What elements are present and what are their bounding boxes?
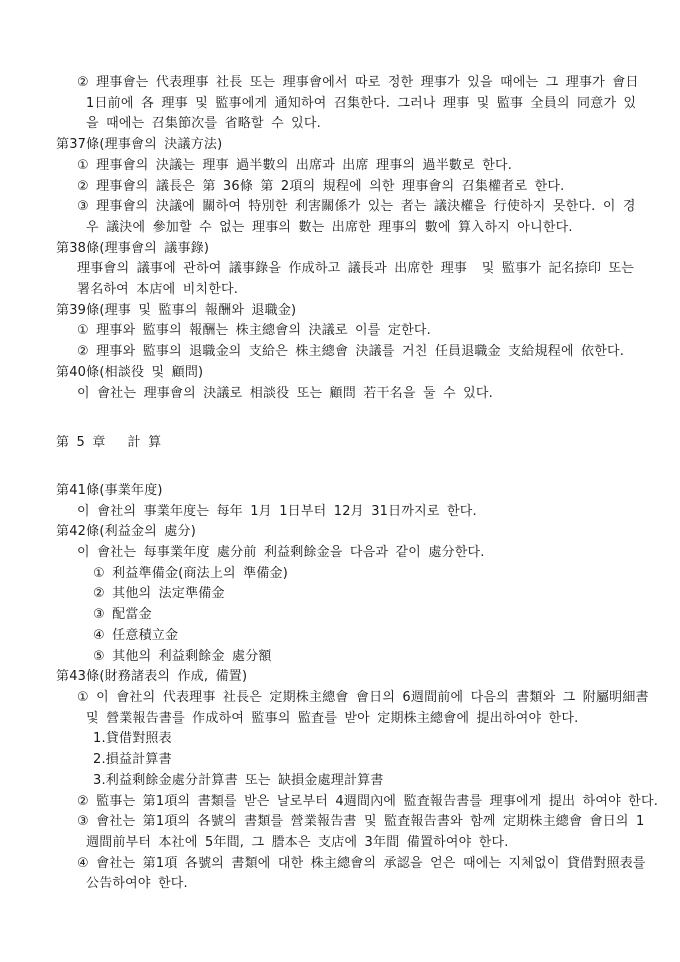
document-line: 을 때에는 召集節次를 省略할 수 있다. bbox=[56, 114, 646, 135]
document-line: 理事會의 議事에 관하여 議事錄을 作成하고 議長과 出席한 理事 및 監事가 … bbox=[56, 259, 646, 280]
document-line: ③ 會社는 第1項의 各號의 書類를 營業報告書 및 監査報告書와 함께 定期株… bbox=[56, 812, 646, 833]
document-line: 이 會社의 事業年度는 每年 1月 1日부터 12月 31日까지로 한다. bbox=[56, 502, 646, 523]
document-line: 公告하여야 한다. bbox=[56, 874, 646, 895]
document-line: 우 議決에 參加할 수 없는 理事의 數는 出席한 理事의 數에 算入하지 아니… bbox=[56, 218, 646, 239]
document-line: 이 會社는 每事業年度 處分前 利益剩餘金을 다음과 같이 處分한다. bbox=[56, 543, 646, 564]
document-line: 署名하여 本店에 비치한다. bbox=[56, 280, 646, 301]
document-line: 第40條(相談役 및 顧問) bbox=[56, 363, 646, 384]
document-line: 第37條(理事會의 決議方法) bbox=[56, 135, 646, 156]
document-line: 2.損益計算書 bbox=[56, 750, 646, 771]
document-line: 第41條(事業年度) bbox=[56, 481, 646, 502]
document-line: ② 其他의 法定準備金 bbox=[56, 584, 646, 605]
document-line: ③ 配當金 bbox=[56, 605, 646, 626]
document-line: ① 利益準備金(商法上의 準備金) bbox=[56, 564, 646, 585]
document-line: ① 理事와 監事의 報酬는 株主總會의 決議로 이를 定한다. bbox=[56, 321, 646, 342]
document-line: ② 理事會의 議長은 第 36條 第 2項의 規程에 의한 理事會의 召集權者로… bbox=[56, 177, 646, 198]
document-line: 3.利益剩餘金處分計算書 또는 缺損金處理計算書 bbox=[56, 771, 646, 792]
document-line: ① 理事會의 決議는 理事 過半數의 出席과 出席 理事의 過半數로 한다. bbox=[56, 156, 646, 177]
document-line: ④ 會社는 第1項 各號의 書類에 대한 株主總會의 承認을 얻은 때에는 지체… bbox=[56, 854, 646, 875]
document-line: ② 理事會는 代表理事 社長 또는 理事會에서 따로 정한 理事가 있을 때에는… bbox=[56, 73, 646, 94]
document-line: ⑤ 其他의 利益剩餘金 處分額 bbox=[56, 647, 646, 668]
document-line: 1日前에 各 理事 및 監事에게 通知하여 召集한다. 그러나 理事 및 監事 … bbox=[56, 94, 646, 115]
document-line: ② 理事와 監事의 退職金의 支給은 株主總會 決議를 거친 任員退職金 支給規… bbox=[56, 342, 646, 363]
document-line: 第38條(理事會의 議事錄) bbox=[56, 239, 646, 260]
document-line: ③ 理事會의 決議에 關하여 特別한 利害關係가 있는 者는 議決權을 行使하지… bbox=[56, 197, 646, 218]
document-line: 이 會社는 理事會의 決議로 相談役 또는 顧問 若干名을 둘 수 있다. bbox=[56, 384, 646, 405]
document-line: ② 監事는 第1項의 書類를 받은 날로부터 4週間內에 監査報告書를 理事에게… bbox=[56, 792, 646, 813]
document-line: 및 營業報告書를 作成하여 監事의 監査를 받아 定期株主總會에 提出하여야 한… bbox=[56, 709, 646, 730]
document-line: ① 이 會社의 代表理事 社長은 定期株主總會 會日의 6週間前에 다음의 書類… bbox=[56, 688, 646, 709]
document-line: 第42條(利益金의 處分) bbox=[56, 522, 646, 543]
document-line: 第 5 章 計 算 bbox=[56, 433, 646, 454]
document-line: 第39條(理事 및 監事의 報酬와 退職金) bbox=[56, 301, 646, 322]
document-body: ② 理事會는 代表理事 社長 또는 理事會에서 따로 정한 理事가 있을 때에는… bbox=[56, 73, 646, 895]
blank-line-gap bbox=[56, 454, 646, 481]
document-line: ④ 任意積立金 bbox=[56, 626, 646, 647]
document-line: 1.貸借對照表 bbox=[56, 729, 646, 750]
document-line: 第43條(財務諸表의 作成, 備置) bbox=[56, 667, 646, 688]
blank-line-gap bbox=[56, 404, 646, 433]
document-line: 週間前부터 本社에 5年間, 그 謄本은 支店에 3年間 備置하여야 한다. bbox=[56, 833, 646, 854]
document-page: ② 理事會는 代表理事 社長 또는 理事會에서 따로 정한 理事가 있을 때에는… bbox=[0, 0, 680, 962]
